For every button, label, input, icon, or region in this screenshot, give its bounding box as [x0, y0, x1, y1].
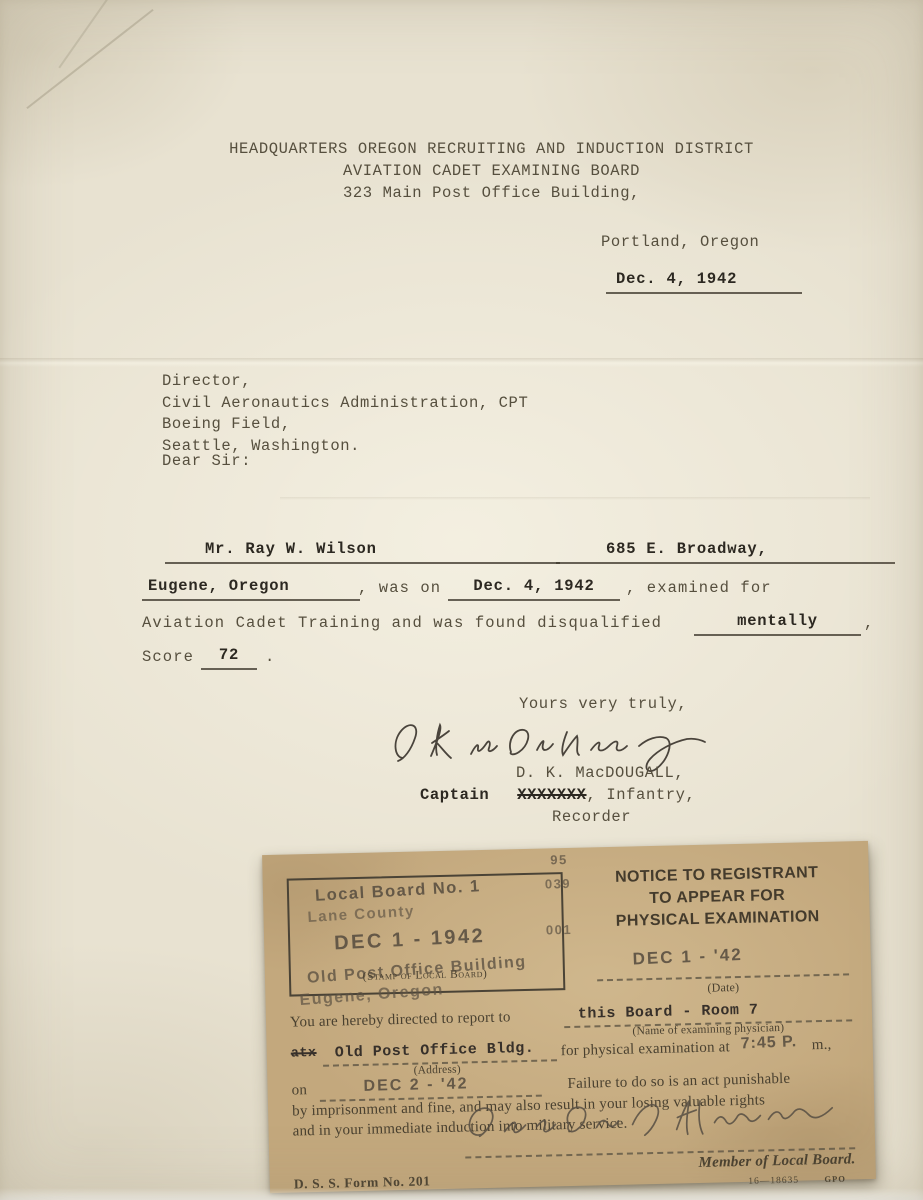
on-date-stamp: DEC 2 - '42: [363, 1075, 468, 1095]
struck-word: atx: [291, 1046, 317, 1062]
letterhead-line-3: 323 Main Post Office Building,: [60, 182, 923, 204]
signed-name: D. K. MacDOUGALL,: [516, 764, 684, 782]
time-stamp: 7:45 P.: [740, 1033, 797, 1053]
struck-out-text: XXXXXXX: [517, 786, 586, 804]
rank-stamp: Captain: [420, 786, 489, 804]
closing: Yours very truly,: [519, 695, 687, 713]
member-caption: Member of Local Board.: [599, 1151, 855, 1174]
report-label: You are hereby directed to report to: [290, 1009, 511, 1031]
body-text-was-on: , was on: [358, 579, 441, 597]
addressee-block: Director, Civil Aeronautics Administrati…: [162, 371, 528, 457]
time-suffix: m.,: [812, 1037, 832, 1054]
letter-date: Dec. 4, 1942: [606, 270, 802, 294]
notice-card: Local Board No. 1 Lane County DEC 1 - 19…: [262, 841, 876, 1193]
registrant-city-field: Eugene, Oregon: [142, 577, 360, 601]
card-title: NOTICE TO REGISTRANT TO APPEAR FOR PHYSI…: [582, 861, 851, 933]
salutation: Dear Sir:: [162, 452, 251, 470]
score-label: Score: [142, 648, 194, 666]
letterhead-line-2: AVIATION CADET EXAMINING BOARD: [60, 160, 923, 182]
faint-crease: [280, 497, 870, 500]
addressee-line-1: Director,: [162, 371, 528, 393]
addressee-line-3: Boeing Field,: [162, 414, 528, 436]
exam-date-field: Dec. 4, 1942: [448, 577, 620, 601]
date-line: [597, 953, 849, 981]
letter-paper: HEADQUARTERS OREGON RECRUITING AND INDUC…: [0, 0, 923, 1200]
photo-background-edge: [0, 1188, 923, 1200]
registrant-name-field: Mr. Ray W. Wilson: [165, 540, 560, 564]
body-text-examined-for: , examined for: [626, 579, 772, 597]
disqualification-field: mentally: [694, 612, 861, 636]
stamp-board-name: Local Board No. 1: [315, 877, 482, 906]
body-text-comma: ,: [864, 614, 874, 632]
body-text-period: .: [265, 648, 275, 666]
on-label: on: [291, 1082, 307, 1099]
gpo-mark: GPO: [824, 1174, 846, 1185]
horizontal-fold-crease: [0, 358, 923, 367]
body-text-line3: Aviation Cadet Training and was found di…: [142, 614, 662, 632]
role-line: Recorder: [552, 808, 631, 826]
date-caption: (Date): [597, 977, 849, 998]
local-board-stamp-box: Local Board No. 1 Lane County DEC 1 - 19…: [287, 872, 566, 996]
letterhead: HEADQUARTERS OREGON RECRUITING AND INDUC…: [60, 138, 923, 204]
side-number-3: 001: [546, 922, 573, 938]
corner-fold-crease-2: [58, 0, 111, 68]
addressee-line-2: Civil Aeronautics Administration, CPT: [162, 393, 528, 415]
branch-text: , Infantry,: [587, 786, 696, 804]
print-code: 16—18635: [748, 1176, 799, 1187]
side-number-2: 039: [545, 876, 572, 892]
exam-label: for physical examination at: [561, 1039, 730, 1060]
letterhead-line-1: HEADQUARTERS OREGON RECRUITING AND INDUC…: [60, 138, 923, 160]
warning-line-1: Failure to do so is an act punishable: [567, 1071, 790, 1093]
stamp-county: Lane County: [307, 903, 415, 926]
score-field: 72: [201, 646, 257, 670]
stamp-date: DEC 1 - 1942: [334, 925, 486, 955]
side-number-1: 95: [550, 852, 568, 867]
rank-line: Captain XXXXXXX, Infantry,: [420, 786, 695, 804]
letter-place: Portland, Oregon: [601, 233, 759, 251]
registrant-street-field: 685 E. Broadway,: [556, 540, 895, 564]
